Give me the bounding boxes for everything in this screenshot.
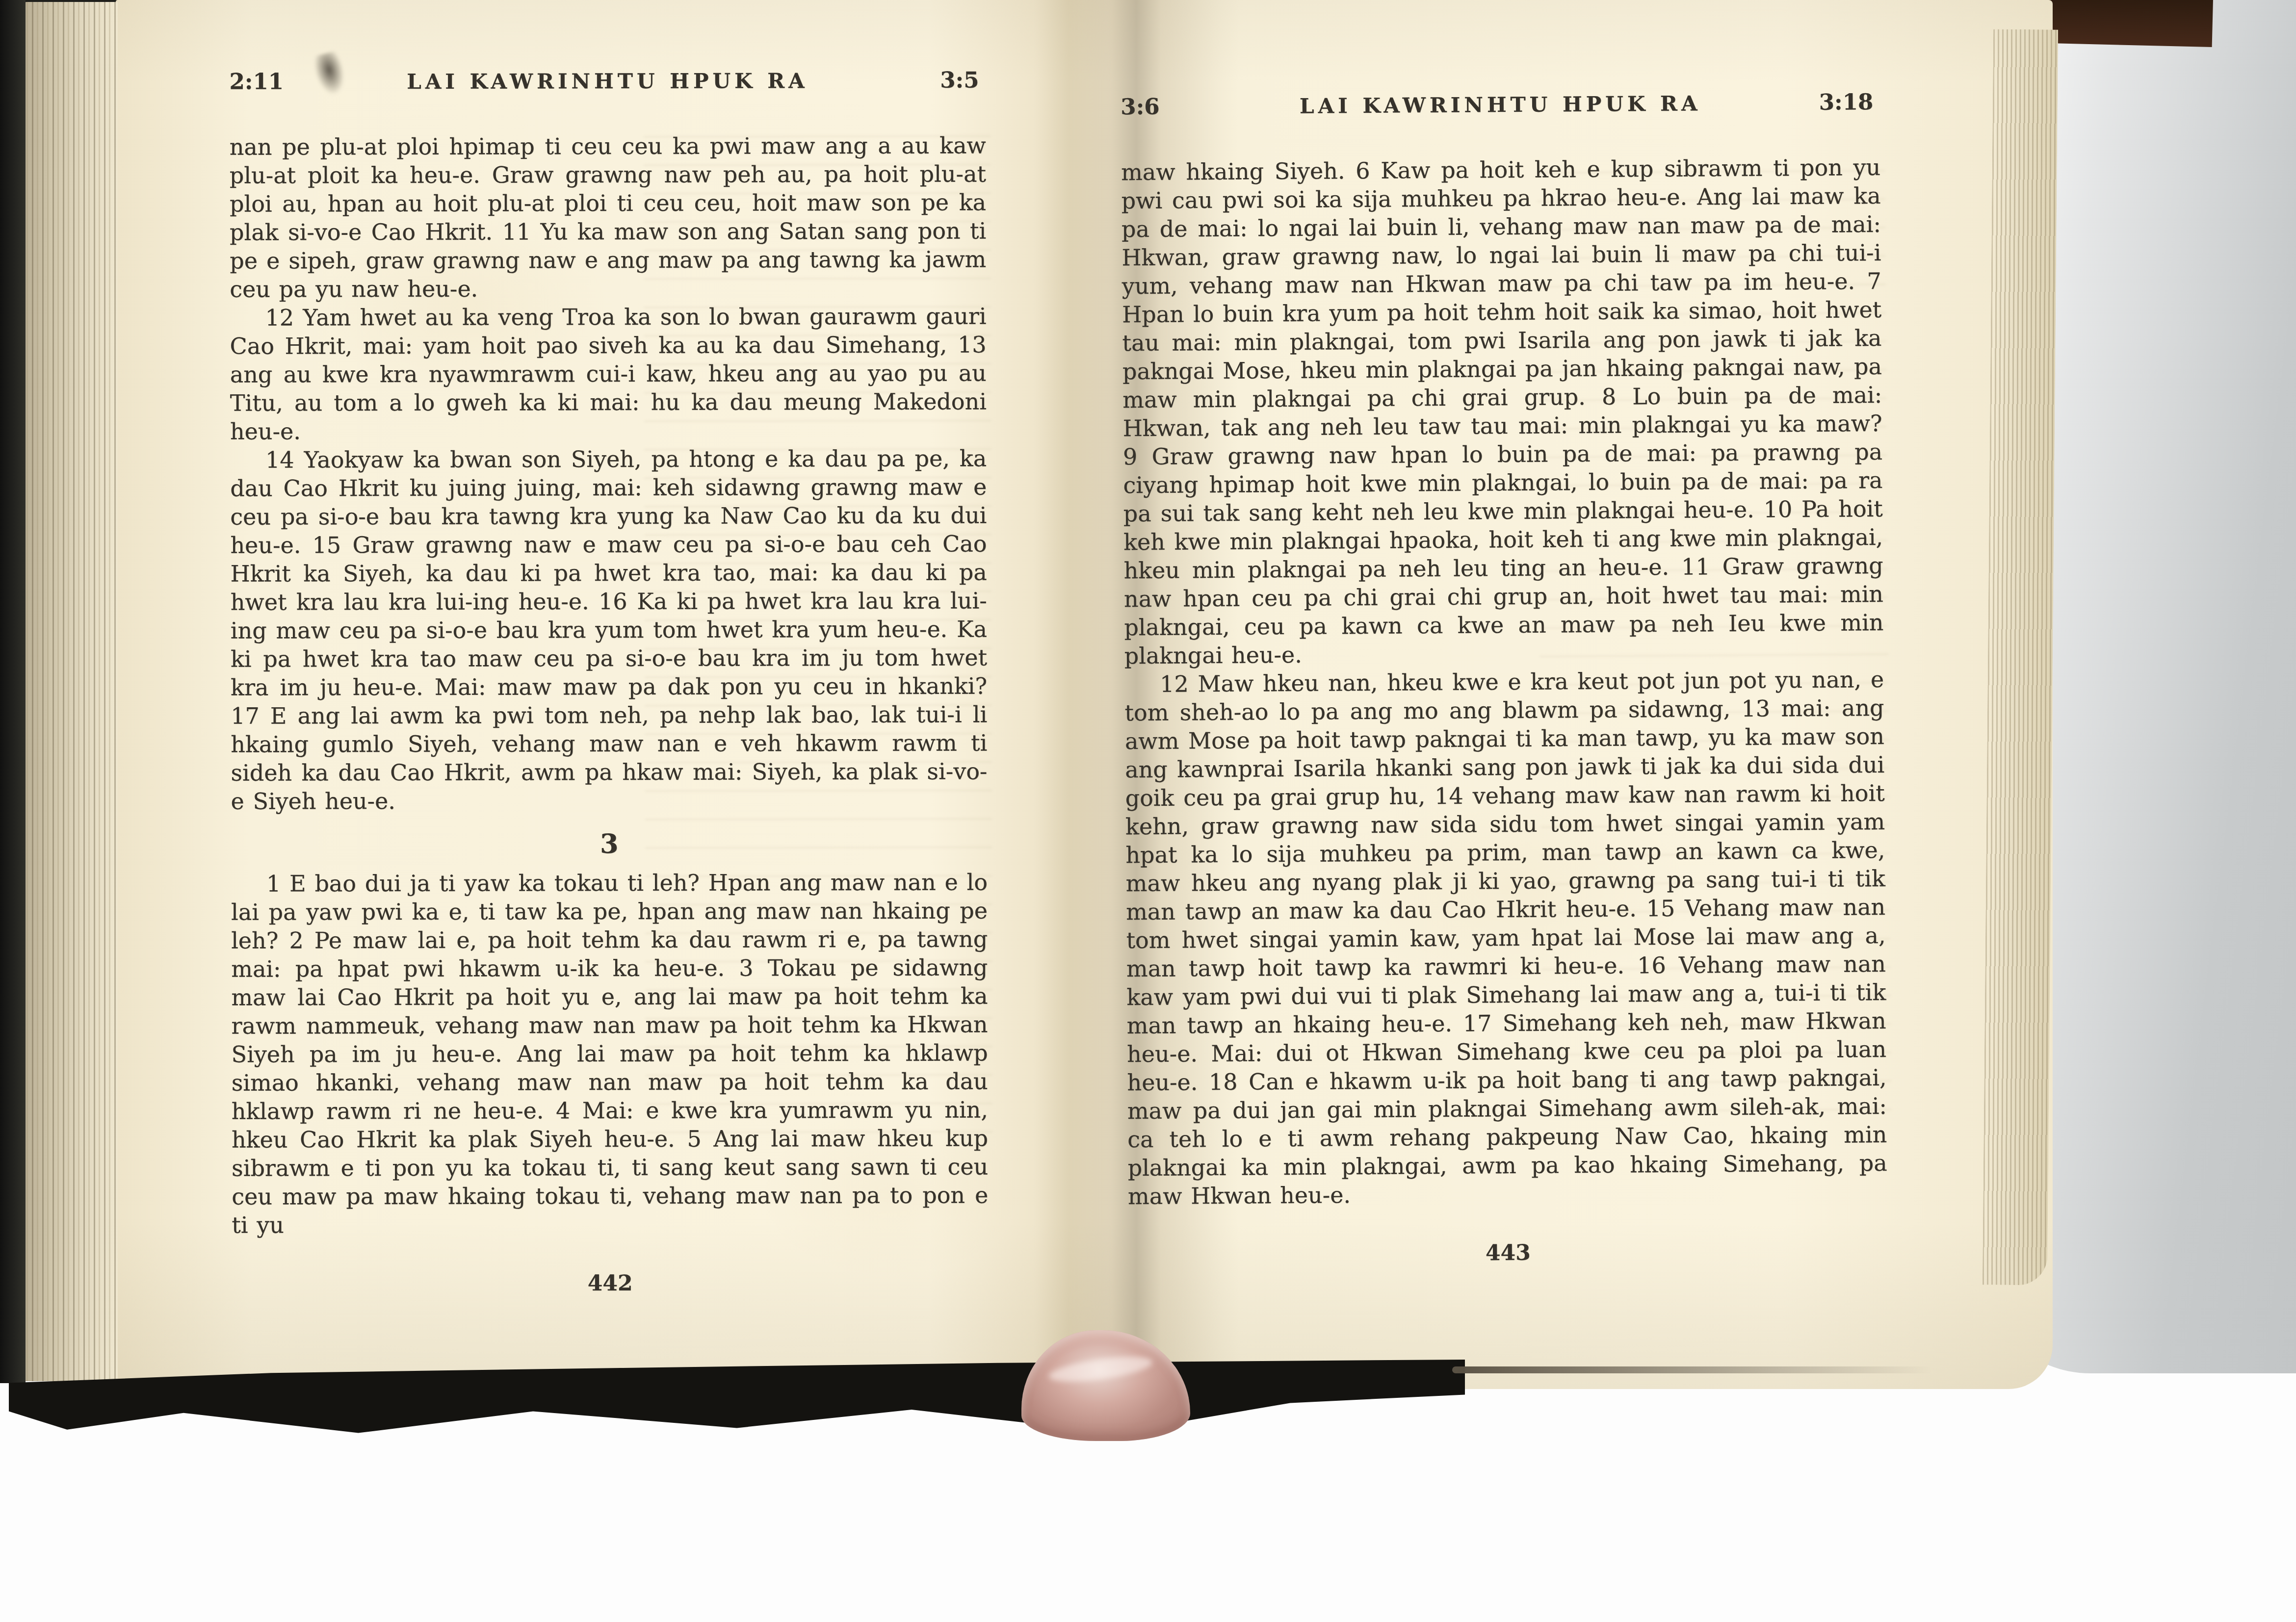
verse-paragraph: 14 Yaokyaw ka bwan son Siyeh, pa htong e… — [230, 444, 988, 815]
verse-paragraph: maw hkaing Siyeh. 6 Kaw pa hoit keh e ku… — [1121, 153, 1884, 670]
verse-paragraph: 12 Maw hkeu nan, hkeu kwe e kra keut pot… — [1124, 665, 1887, 1210]
book-board-left — [0, 0, 26, 1383]
verse-paragraph: nan pe plu-at ploi hpimap ti ceu ceu ka … — [230, 131, 987, 303]
chapter-verse-ref-right: 3:5 — [809, 67, 986, 93]
page-number: 443 — [1128, 1238, 1888, 1268]
verse-paragraph: 12 Yam hwet au ka veng Troa ka son lo bw… — [230, 302, 987, 445]
chapter-number: 3 — [231, 828, 988, 858]
page-body: nan pe plu-at ploi hpimap ti ceu ceu ka … — [230, 131, 989, 1239]
chapter-verse-ref-right: 3:18 — [1701, 89, 1880, 116]
running-title: LAI KAWRINHTU HPUK RA — [1300, 91, 1701, 118]
chapter-verse-ref-left: 3:6 — [1121, 93, 1300, 120]
running-head: 3:6 LAI KAWRINHTU HPUK RA 3:18 — [1121, 89, 1880, 120]
running-head: 2:11 LAI KAWRINHTU HPUK RA 3:5 — [229, 67, 986, 94]
page-number: 442 — [232, 1270, 989, 1296]
verse-paragraph: 1 E bao dui ja ti yaw ka tokau ti leh? H… — [231, 868, 989, 1239]
page-body: maw hkaing Siyeh. 6 Kaw pa hoit keh e ku… — [1121, 153, 1887, 1210]
chapter-verse-ref-left: 2:11 — [229, 68, 407, 95]
scanned-book-spread: 2:11 LAI KAWRINHTU HPUK RA 3:5 nan pe pl… — [0, 0, 2296, 1622]
page-bottom-shadow — [1452, 1366, 2016, 1373]
page-left: 2:11 LAI KAWRINHTU HPUK RA 3:5 nan pe pl… — [229, 67, 988, 1296]
left-page-edges — [22, 2, 118, 1381]
right-page-fore-edge — [1983, 29, 2058, 1285]
book-paper: 2:11 LAI KAWRINHTU HPUK RA 3:5 nan pe pl… — [116, 0, 2053, 1389]
page-right: 3:6 LAI KAWRINHTU HPUK RA 3:18 maw hkain… — [1121, 89, 1888, 1268]
running-title: LAI KAWRINHTU HPUK RA — [407, 69, 809, 94]
